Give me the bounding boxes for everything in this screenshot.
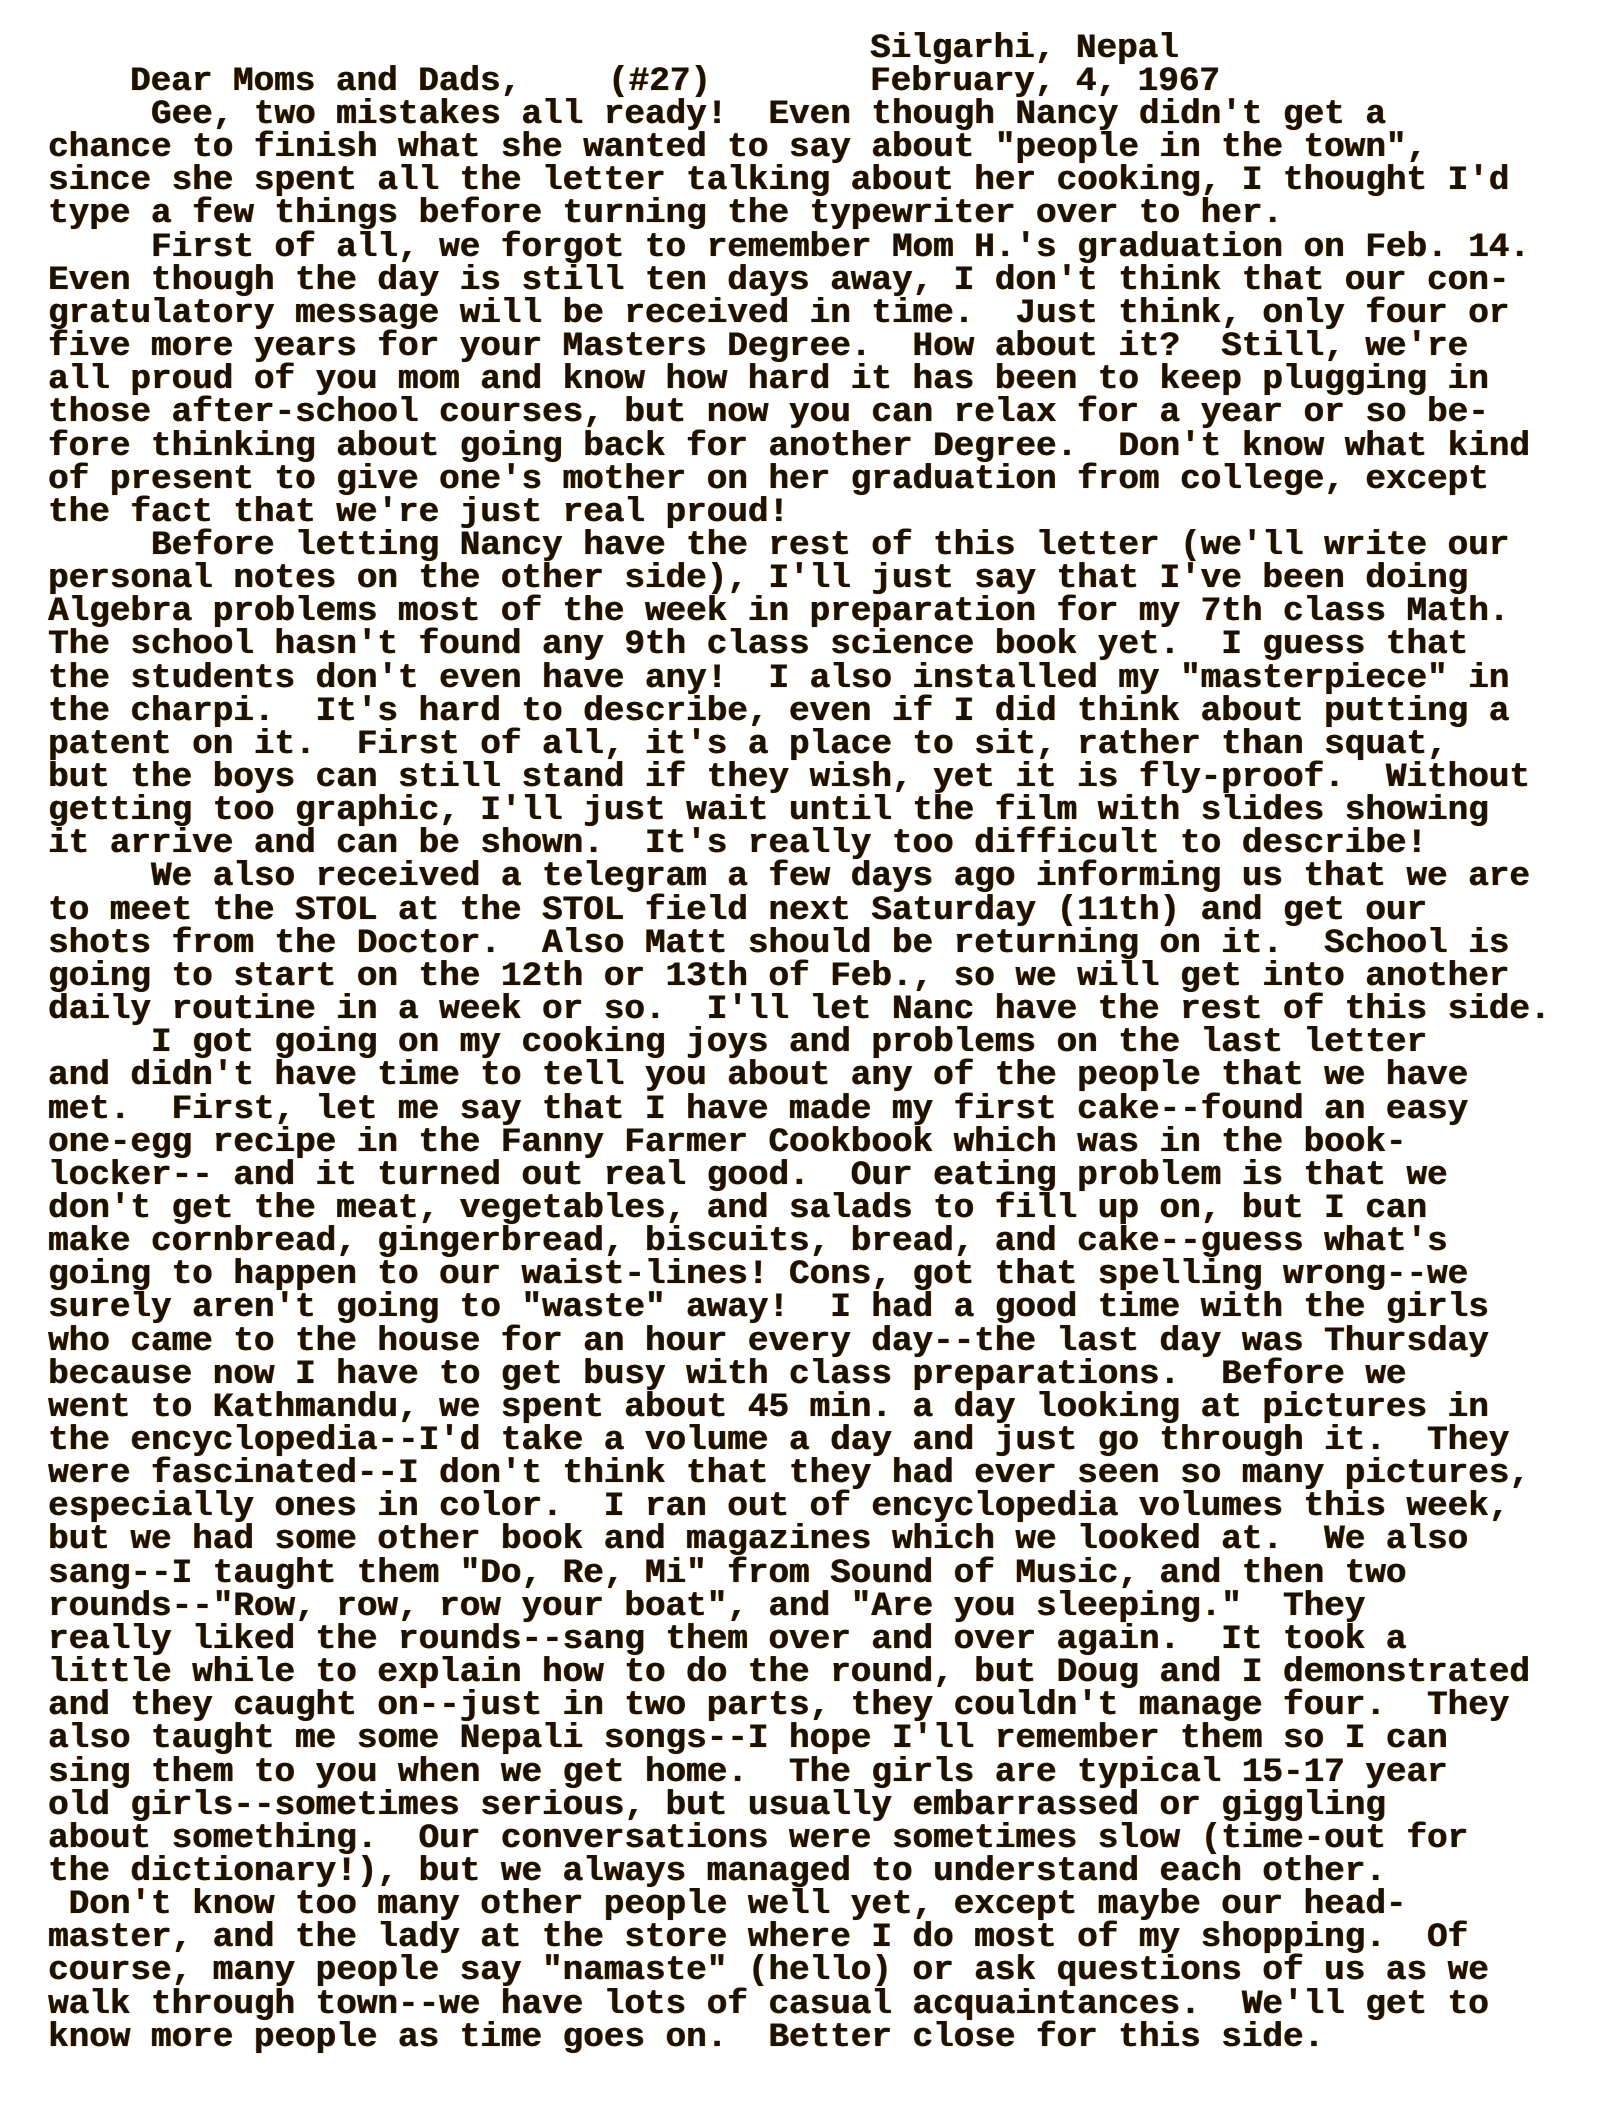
letter-line: We also received a telegram a few days a… <box>48 860 1530 894</box>
letter-line: Algebra problems most of the week in pre… <box>48 595 1509 629</box>
letter-line: because now I have to get busy with clas… <box>48 1358 1406 1392</box>
letter-line: one-egg recipe in the Fanny Farmer Cookb… <box>48 1126 1406 1160</box>
letter-line: of present to give one's mother on her g… <box>48 463 1489 497</box>
letter-line: walk through town--we have lots of casua… <box>48 1988 1489 2022</box>
letter-line: who came to the house for an hour every … <box>48 1325 1489 1359</box>
letter-line: about something. Our conversations were … <box>48 1822 1468 1856</box>
letter-line: Don't know too many other people well ye… <box>48 1888 1406 1922</box>
letter-line: don't get the meat, vegetables, and sala… <box>48 1192 1427 1226</box>
letter-line: going to start on the 12th or 13th of Fe… <box>48 960 1509 994</box>
letter-line: really liked the rounds--sang them over … <box>48 1623 1406 1657</box>
letter-line: course, many people say "namaste" (hello… <box>48 1954 1489 1988</box>
letter-line: make cornbread, gingerbread, biscuits, b… <box>48 1225 1448 1259</box>
letter-line: chance to finish what she wanted to say … <box>48 131 1427 165</box>
letter-line: met. First, let me say that I have made … <box>48 1093 1468 1127</box>
letter-line: sang--I taught them "Do, Re, Mi" from So… <box>48 1557 1406 1591</box>
letter-line: fore thinking about going back for anoth… <box>48 430 1530 464</box>
letter-line: patent on it. First of all, it's a place… <box>48 728 1448 762</box>
letter-line: went to Kathmandu, we spent about 45 min… <box>48 1391 1489 1425</box>
letter-line: five more years for your Masters Degree.… <box>48 330 1468 364</box>
letter-line: getting too graphic, I'll just wait unti… <box>48 794 1489 828</box>
letter-line: Before letting Nancy have the rest of th… <box>48 529 1509 563</box>
letter-line: to meet the STOL at the STOL field next … <box>48 894 1427 928</box>
letter-line: going to happen to our waist-lines! Cons… <box>48 1258 1468 1292</box>
letter-line: type a few things before turning the typ… <box>48 197 1283 231</box>
letter-line: all proud of you mom and know how hard i… <box>48 363 1489 397</box>
letter-line: rounds--"Row, row, row your boat", and "… <box>48 1590 1365 1624</box>
letter-line: the dictionary!), but we always managed … <box>48 1855 1386 1889</box>
letter-line: old girls--sometimes serious, but usuall… <box>48 1789 1386 1823</box>
letter-line: especially ones in color. I ran out of e… <box>48 1490 1509 1524</box>
letter-line: also taught me some Nepali songs--I hope… <box>48 1722 1448 1756</box>
letter-line: little while to explain how to do the ro… <box>48 1656 1530 1690</box>
letter-line: The school hasn't found any 9th class sc… <box>48 628 1468 662</box>
letter-line: Gee, two mistakes all ready! Even though… <box>48 98 1386 132</box>
typed-letter-page: Silgarhi, Nepal Dear Moms and Dads, (#27… <box>0 0 1607 2108</box>
letter-line: the students don't even have any! I also… <box>48 662 1509 696</box>
letter-line: and they caught on--just in two parts, t… <box>48 1689 1509 1723</box>
letter-line: the encyclopedia--I'd take a volume a da… <box>48 1424 1509 1458</box>
letter-line: shots from the Doctor. Also Matt should … <box>48 927 1509 961</box>
letter-line: since she spent all the letter talking a… <box>48 164 1509 198</box>
letter-line: Even though the day is still ten days aw… <box>48 264 1509 298</box>
letter-line: the charpi. It's hard to describe, even … <box>48 695 1509 729</box>
letter-line: personal notes on the other side), I'll … <box>48 562 1468 596</box>
letter-line: those after-school courses, but now you … <box>48 396 1489 430</box>
letter-line: locker-- and it turned out real good. Ou… <box>48 1159 1448 1193</box>
letter-line: master, and the lady at the store where … <box>48 1921 1468 1955</box>
letter-line: but the boys can still stand if they wis… <box>48 761 1530 795</box>
letter-line: surely aren't going to "waste" away! I h… <box>48 1291 1489 1325</box>
letter-line: daily routine in a week or so. I'll let … <box>48 993 1550 1027</box>
letter-line: were fascinated--I don't think that they… <box>48 1457 1530 1491</box>
letter-line: sing them to you when we get home. The g… <box>48 1756 1448 1790</box>
letter-line: but we had some other book and magazines… <box>48 1523 1468 1557</box>
letter-line: and didn't have time to tell you about a… <box>48 1059 1468 1093</box>
letter-line: know more people as time goes on. Better… <box>48 2021 1324 2055</box>
letter-line: the fact that we're just real proud! <box>48 496 789 530</box>
letter-line: gratulatory message will be received in … <box>48 297 1509 331</box>
letter-line: I got going on my cooking joys and probl… <box>48 1026 1427 1060</box>
letter-line: First of all, we forgot to remember Mom … <box>48 231 1530 265</box>
letter-line: it arrive and can be shown. It's really … <box>48 827 1427 861</box>
